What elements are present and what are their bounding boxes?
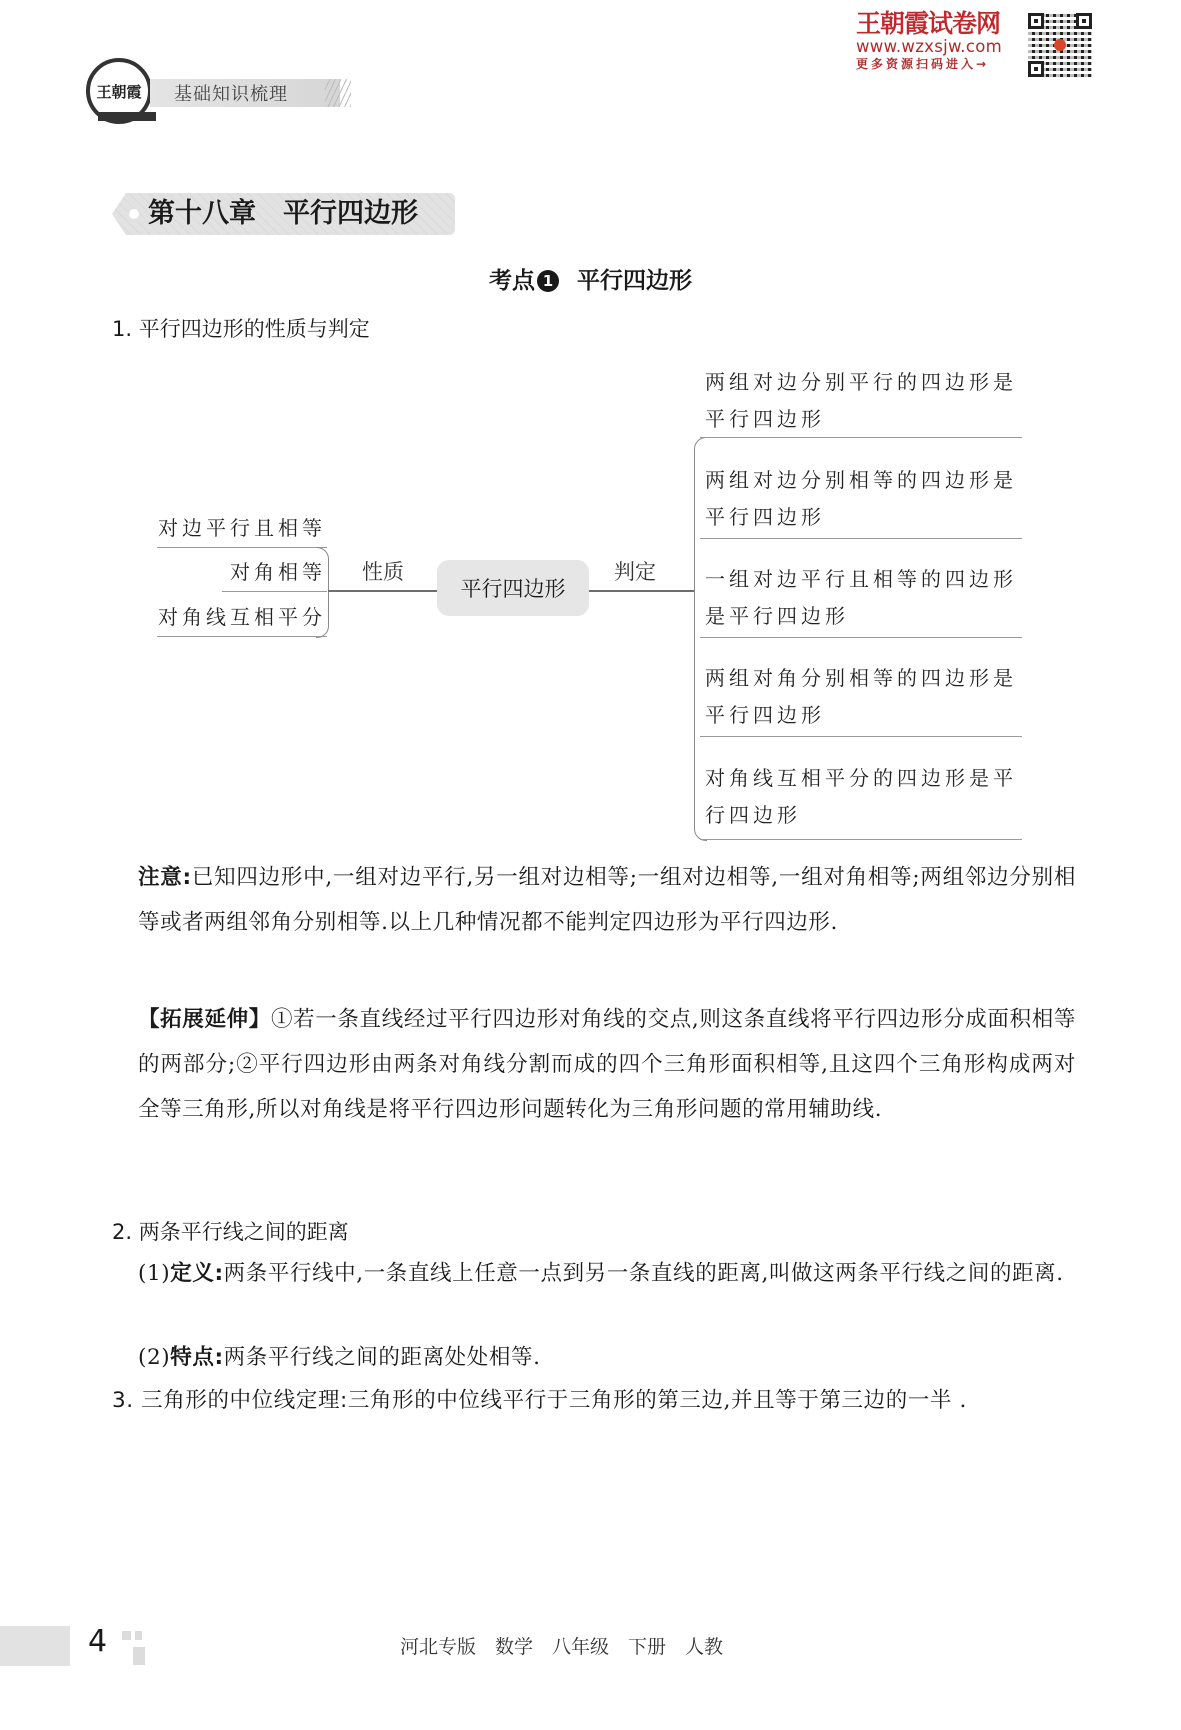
criteria-line: 两组对角分别相等的四边形是 [705, 660, 1017, 697]
criteria-item: 对角线互相平分的四边形是平 行四边形 [705, 760, 1017, 834]
property-item: 对边平行且相等 [158, 512, 326, 541]
criteria-item: 两组对边分别相等的四边形是 平行四边形 [705, 462, 1017, 536]
qr-code-icon[interactable] [1028, 13, 1092, 77]
criteria-item: 两组对边分别平行的四边形是 平行四边形 [705, 364, 1017, 438]
brand-block[interactable]: 王朝霞试卷网 www.wzxsjw.com 更多资源扫码进入→ [856, 10, 1032, 72]
criteria-line: 一组对边平行且相等的四边形 [705, 561, 1017, 598]
criteria-divider [700, 736, 1022, 737]
center-node: 平行四边形 [437, 560, 589, 616]
qr-finder-icon [1076, 13, 1092, 29]
criteria-line: 平行四边形 [705, 499, 1017, 536]
section-label: 基础知识梳理 [150, 79, 340, 107]
banner-hole-icon [129, 209, 139, 219]
note-paragraph: 注意:已知四边形中,一组对边平行,另一组对边相等;一组对边相等,一组对角相等;两… [138, 855, 1076, 945]
qr-finder-icon [1028, 61, 1044, 77]
item-text: 两条平行线之间的距离处处相等. [224, 1345, 541, 1370]
kaodian-heading: 考点1 平行四边形 [0, 262, 1181, 295]
footer-square-decoration [122, 1631, 131, 1640]
brand-cta: 更多资源扫码进入→ [856, 56, 1032, 72]
brand-title: 王朝霞试卷网 [856, 10, 1032, 38]
criteria-line: 行四边形 [705, 797, 1017, 834]
criteria-line: 两组对边分别平行的四边形是 [705, 364, 1017, 401]
center-node-label: 平行四边形 [461, 573, 566, 603]
criteria-divider [700, 637, 1022, 638]
criteria-line: 两组对边分别相等的四边形是 [705, 462, 1017, 499]
page-number: 4 [88, 1624, 107, 1659]
criteria-line: 平行四边形 [705, 697, 1017, 734]
edge-label-criteria: 判定 [614, 556, 656, 586]
criteria-line: 平行四边形 [705, 401, 1017, 438]
property-underline [157, 547, 327, 548]
definition-item: (1)定义:两条平行线中,一条直线上任意一点到另一条直线的距离,叫做这两条平行线… [138, 1253, 1078, 1295]
footer-square-decoration [133, 1647, 145, 1665]
footer-book-info: 河北专版 数学 八年级 下册 人教 [400, 1632, 723, 1659]
kaodian-number-badge: 1 [537, 270, 559, 292]
item-label: 定义: [170, 1261, 223, 1286]
section-label-text: 基础知识梳理 [174, 80, 288, 106]
qr-emblem-icon [1054, 39, 1066, 51]
criteria-line: 对角线互相平分的四边形是平 [705, 760, 1017, 797]
property-underline [222, 591, 327, 592]
note-label: 注意: [138, 865, 192, 890]
extension-paragraph: 【拓展延伸】①若一条直线经过平行四边形对角线的交点,则这条直线将平行四边形分成面… [138, 997, 1076, 1132]
connector-line [589, 590, 694, 592]
kaodian-title: 平行四边形 [577, 268, 692, 294]
criteria-item: 两组对角分别相等的四边形是 平行四边形 [705, 660, 1017, 734]
brand-url[interactable]: www.wzxsjw.com [856, 38, 1032, 56]
property-bracket [316, 547, 329, 638]
item-prefix: (2) [138, 1345, 170, 1370]
item-text: 两条平行线中,一条直线上任意一点到另一条直线的距离,叫做这两条平行线之间的距离. [224, 1261, 1064, 1286]
note-text: 已知四边形中,一组对边平行,另一组对边相等;一组对边相等,一组对角相等;两组邻边… [138, 865, 1076, 935]
connector-line [328, 590, 437, 592]
logo-text: 王朝霞 [96, 81, 141, 102]
item-prefix: (1) [138, 1261, 170, 1286]
edge-label-properties: 性质 [362, 556, 404, 586]
criteria-divider [700, 538, 1022, 539]
property-underline [157, 636, 327, 637]
feature-item: (2)特点:两条平行线之间的距离处处相等. [138, 1337, 1078, 1379]
criteria-item: 一组对边平行且相等的四边形 是平行四边形 [705, 561, 1017, 635]
footer-square-decoration [135, 1631, 142, 1640]
section3-paragraph: 3. 三角形的中位线定理:三角形的中位线平行于三角形的第三边,并且等于第三边的一… [112, 1380, 1082, 1422]
criteria-divider [700, 839, 1022, 840]
qr-finder-icon [1028, 13, 1044, 29]
section3-text: 三角形的中位线平行于三角形的第三边,并且等于第三边的一半 . [348, 1388, 967, 1413]
extension-label: 【拓展延伸】 [138, 1007, 271, 1032]
section2-heading: 2. 两条平行线之间的距离 [112, 1216, 349, 1246]
band-stripes-decoration [325, 79, 351, 107]
property-item: 对角相等 [230, 556, 326, 585]
criteria-line: 是平行四边形 [705, 598, 1017, 635]
section3-heading: 3. 三角形的中位线定理: [112, 1388, 348, 1413]
kaodian-prefix: 考点 [489, 268, 535, 294]
logo-ribbon [98, 112, 156, 121]
section1-heading: 1. 平行四边形的性质与判定 [112, 313, 370, 343]
footer-gray-block [0, 1626, 70, 1666]
property-item: 对角线互相平分 [158, 601, 326, 630]
item-label: 特点: [170, 1345, 223, 1370]
extension-text: ①若一条直线经过平行四边形对角线的交点,则这条直线将平行四边形分成面积相等的两部… [138, 1007, 1076, 1122]
chapter-title: 第十八章 平行四边形 [148, 193, 418, 235]
